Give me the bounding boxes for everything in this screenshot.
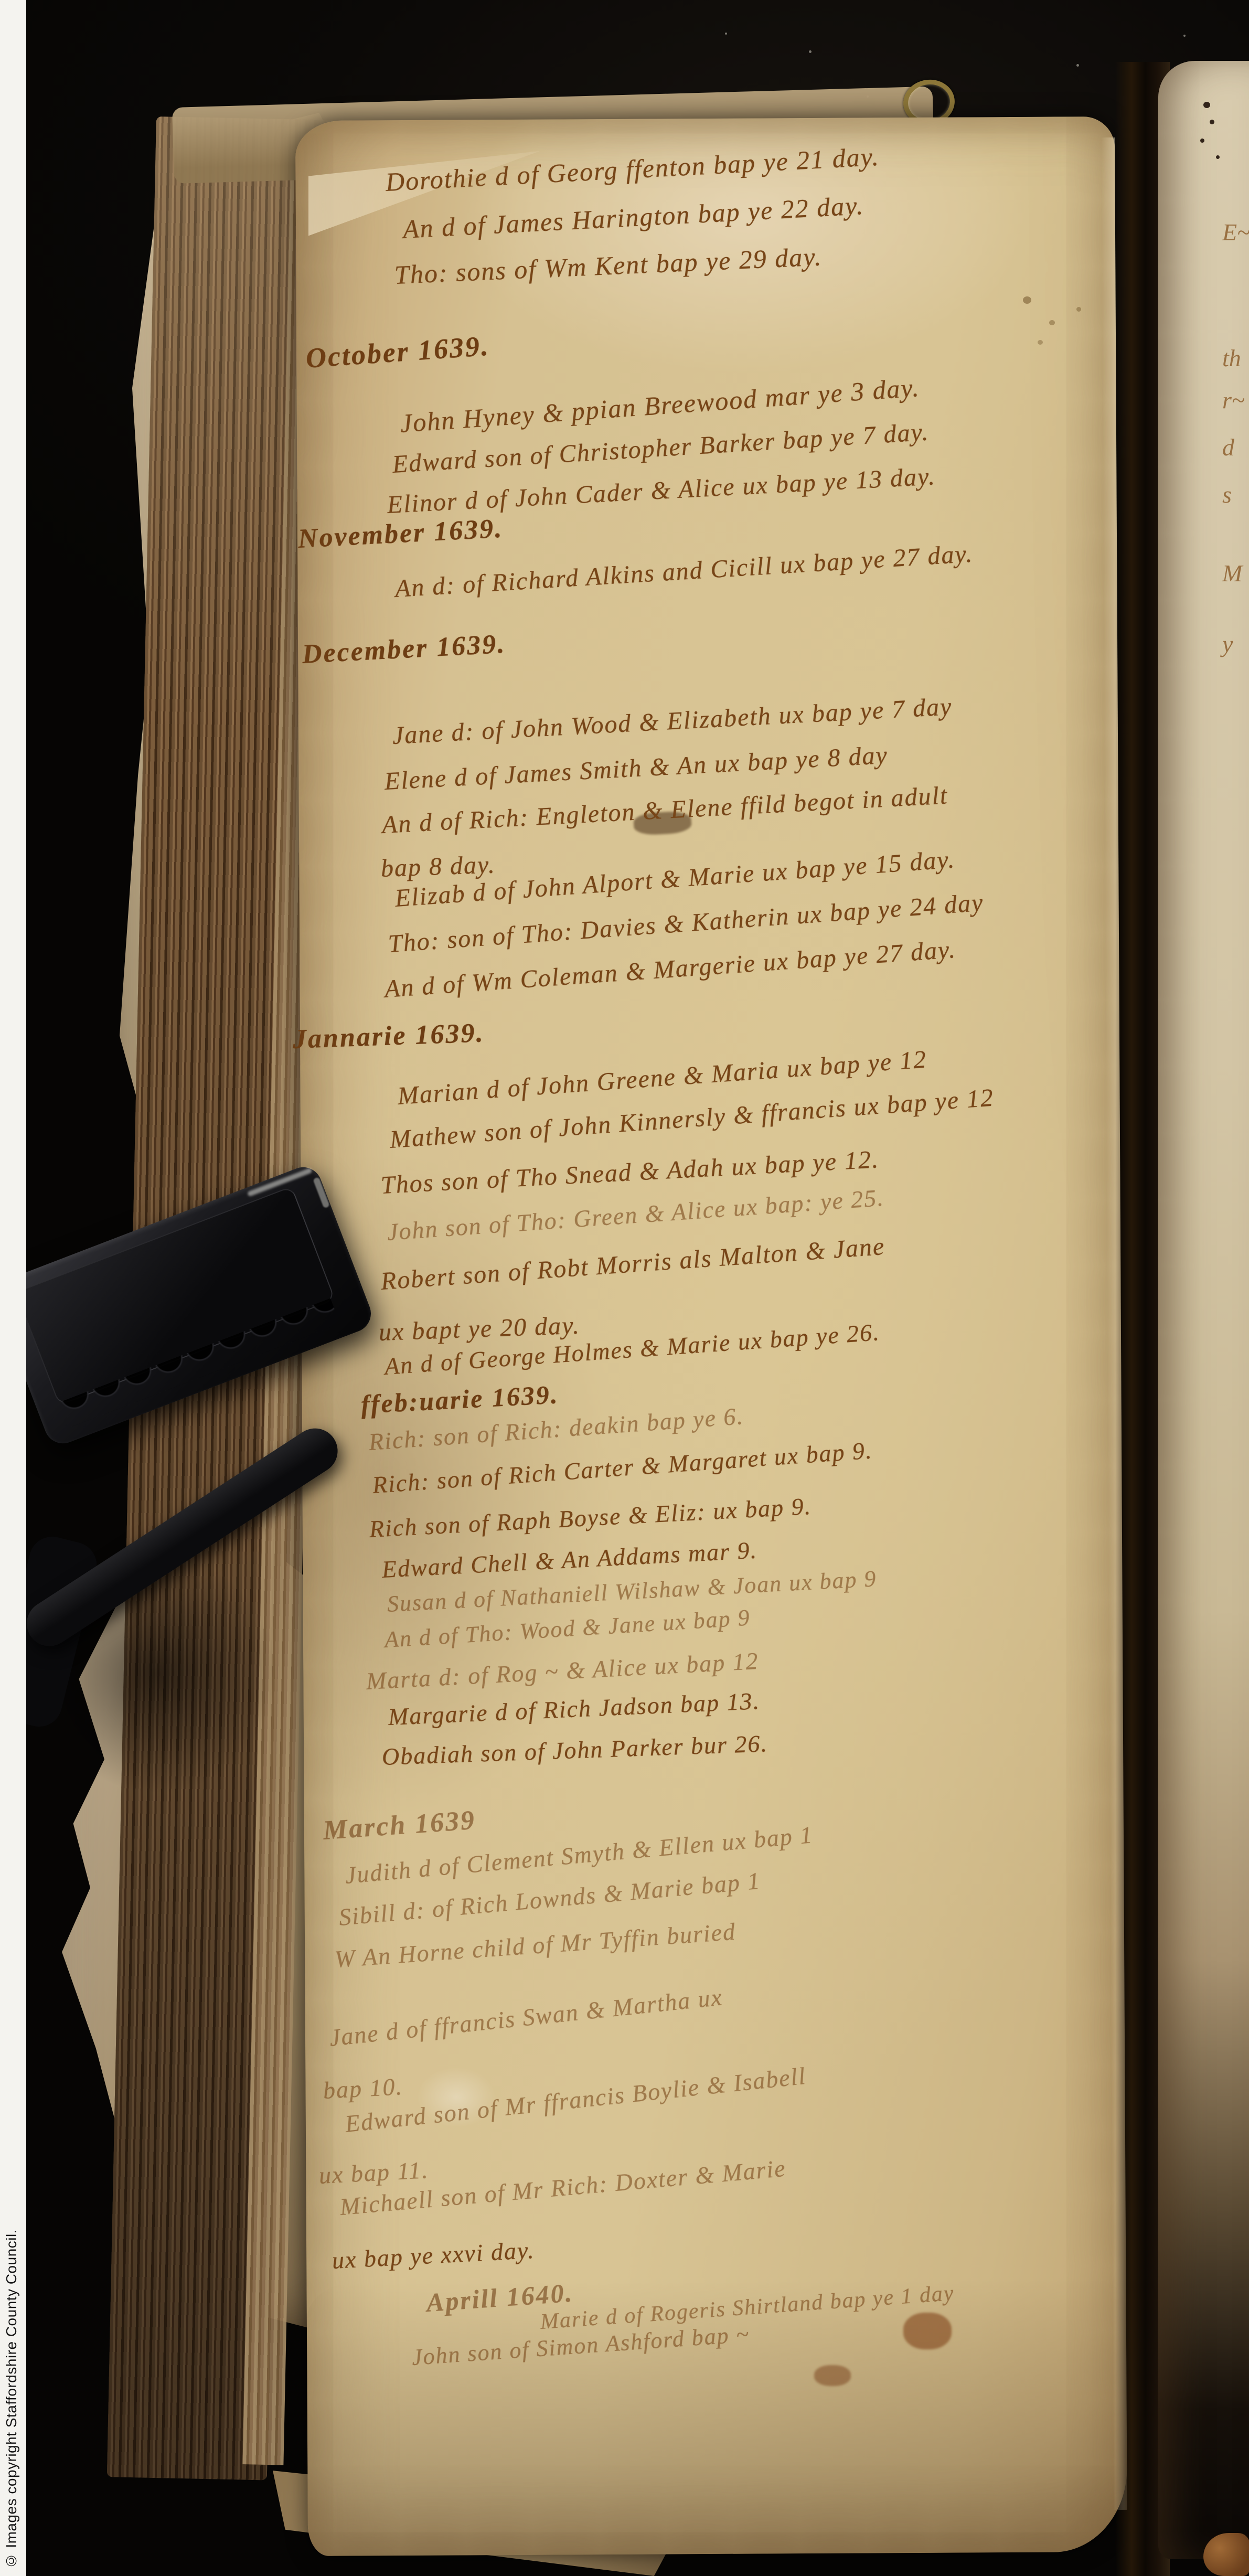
stain (1200, 139, 1204, 143)
ink-blot (903, 2313, 952, 2349)
right-page-writing-fragment: th (1222, 344, 1241, 372)
dust-speck (1076, 64, 1079, 67)
dust-speck (725, 33, 727, 35)
right-page-writing-fragment: M (1222, 559, 1242, 587)
stain (1076, 307, 1081, 312)
right-page-writing-fragment: y (1222, 630, 1233, 658)
right-page-writing-fragment: r~ (1222, 386, 1245, 414)
manuscript-line: ux bap 11. (318, 2156, 430, 2189)
manuscript-line: bap 10. (323, 2072, 404, 2104)
stain (1210, 120, 1214, 124)
dust-speck (1183, 35, 1186, 37)
manuscript-photo: E~thr~dsMy Dorothie d of Georg ffenton b… (0, 0, 1249, 2576)
right-page: E~thr~dsMy (1158, 61, 1249, 2559)
stain (1049, 320, 1055, 325)
stain (1023, 296, 1031, 304)
stain (1038, 340, 1043, 345)
copyright-text: © Images copyright Staffordshire County … (3, 2229, 20, 2569)
right-page-writing-fragment: s (1222, 481, 1232, 508)
copyright-strip: © Images copyright Staffordshire County … (0, 0, 26, 2576)
dust-speck (809, 50, 812, 53)
ink-blot (814, 2365, 851, 2386)
stain (1216, 155, 1220, 159)
stain (1203, 102, 1210, 108)
right-page-writing-fragment: d (1222, 433, 1234, 461)
right-page-writing-fragment: E~ (1222, 218, 1249, 246)
